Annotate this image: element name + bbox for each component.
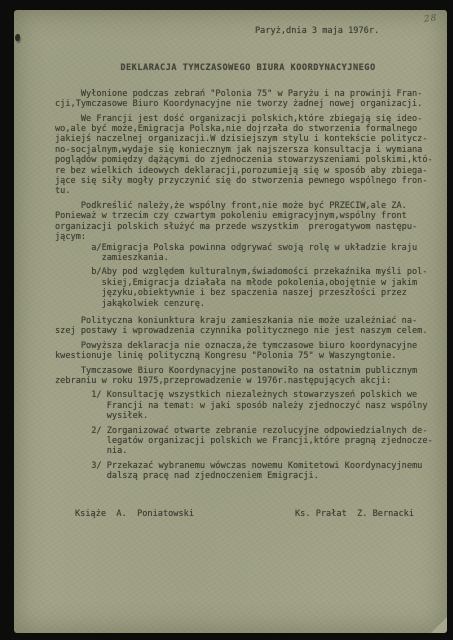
paragraph-common-front: Podkreślić należy,że wspólny front,nie m… [55, 201, 441, 243]
list-item-b: b/Aby pod względem kulturalnym,świadomoś… [55, 267, 441, 309]
text-line: Ponieważ w trzecim czy czwartym pokoleni… [55, 211, 441, 221]
text-line: 1/ Konsultację wszystkich niezależnych s… [55, 390, 441, 400]
text-line: kwestionuje linię polityczną Kongresu "P… [55, 351, 441, 361]
document-content: Paryż,dnia 3 maja 1976r. DEKLARACJA TYMC… [14, 10, 447, 519]
document-page: 28 Paryż,dnia 3 maja 1976r. DEKLARACJA T… [14, 10, 447, 633]
list-item-2: 2/ Zorganizować otwarte zebranie rezoluc… [55, 426, 441, 457]
document-title: DEKLARACJA TYMCZASOWEGO BIURA KOORDYNACY… [55, 63, 441, 73]
text-line: skiej,Emigracja działała na młode pokole… [55, 278, 441, 288]
text-line: jakiejś naczelnej organizacji.W dzisiejs… [55, 134, 441, 144]
text-line: We Francji jest dość organizacji polskic… [55, 114, 441, 124]
text-line: re bez wielkich ideowych deklaracji,poro… [55, 166, 441, 176]
paragraph-france: We Francji jest dość organizacji polskic… [55, 114, 441, 197]
text-line: no-socjalnym,wydaje się koniecznym jak n… [55, 145, 441, 155]
text-line: Wyłonione podczas zebrań "Polonia 75" w … [55, 89, 441, 99]
signature-row: Książe A. Poniatowski Ks. Prałat Z. Bern… [55, 509, 441, 519]
text-line: dalszą pracę nad zjednoczeniem Emigracji… [55, 471, 441, 481]
text-line: Francji na temat: w jaki sposób należy z… [55, 401, 441, 411]
corner-fold [431, 617, 447, 633]
paragraph-intro: Wyłonione podczas zebrań "Polonia 75" w … [55, 89, 441, 110]
text-line: 3/ Przekazać wybranemu wówczas nowemu Ko… [55, 461, 441, 471]
signature-right: Ks. Prałat Z. Bernacki [295, 509, 414, 519]
scanned-document: 28 Paryż,dnia 3 maja 1976r. DEKLARACJA T… [0, 0, 453, 640]
text-line: Podkreślić należy,że wspólny front,nie m… [55, 201, 441, 211]
list-item-a: a/Emigracja Polska powinna odgrywać swoj… [55, 243, 441, 264]
text-line: zamieszkania. [55, 253, 441, 263]
page-number-annotation: 28 [423, 13, 437, 24]
text-line: 2/ Zorganizować otwarte zebranie rezoluc… [55, 426, 441, 436]
paragraph-political: Polityczna koniunktura kraju zamieszkani… [55, 316, 441, 337]
text-line: Powyższa deklaracja nie oznacza,że tymcz… [55, 341, 441, 351]
signature-left: Książe A. Poniatowski [75, 509, 194, 519]
list-item-1: 1/ Konsultację wszystkich niezależnych s… [55, 390, 441, 421]
document-body: Wyłonione podczas zebrań "Polonia 75" w … [55, 89, 441, 482]
staple-mark [15, 34, 20, 41]
text-line: jące się siły mogły przyczynić się do st… [55, 176, 441, 186]
text-line: tu. [55, 186, 441, 196]
text-line: b/Aby pod względem kulturalnym,świadomoś… [55, 267, 441, 277]
text-line: cji,Tymczasowe Biuro Koordynacyjne nie t… [55, 99, 441, 109]
text-line: a/Emigracja Polska powinna odgrywać swoj… [55, 243, 441, 253]
text-line: Tymczasowe Biuro Koordynacyjne postanowi… [55, 366, 441, 376]
text-line: wysiłek. [55, 411, 441, 421]
text-line: wo,ale być może,Emigracja Polska,nie doj… [55, 124, 441, 134]
text-line: zebraniu w roku 1975,przeprowadzenie w 1… [55, 376, 441, 386]
text-line: organizacji polskich służyć ma przede ws… [55, 222, 441, 232]
text-line: legatów organizacji polskich we Francji,… [55, 436, 441, 446]
paragraph-declaration: Powyższa deklaracja nie oznacza,że tymcz… [55, 341, 441, 362]
text-line: Polityczna koniunktura kraju zamieszkani… [55, 316, 441, 326]
text-line: języku,obiektywnie i bez spaczenia nasze… [55, 288, 441, 298]
text-line: nia. [55, 446, 441, 456]
list-item-3: 3/ Przekazać wybranemu wówczas nowemu Ko… [55, 461, 441, 482]
paragraph-resolution: Tymczasowe Biuro Koordynacyjne postanowi… [55, 366, 441, 387]
text-line: poglądów pomiędzy dążącymi do zjednoczen… [55, 155, 441, 165]
date-line: Paryż,dnia 3 maja 1976r. [255, 26, 441, 36]
text-line: jakąkolwiek cenzurę. [55, 299, 441, 309]
text-line: szej postawy i wprowadzenia czynnika pol… [55, 326, 441, 336]
text-line: jącym: [55, 232, 441, 242]
